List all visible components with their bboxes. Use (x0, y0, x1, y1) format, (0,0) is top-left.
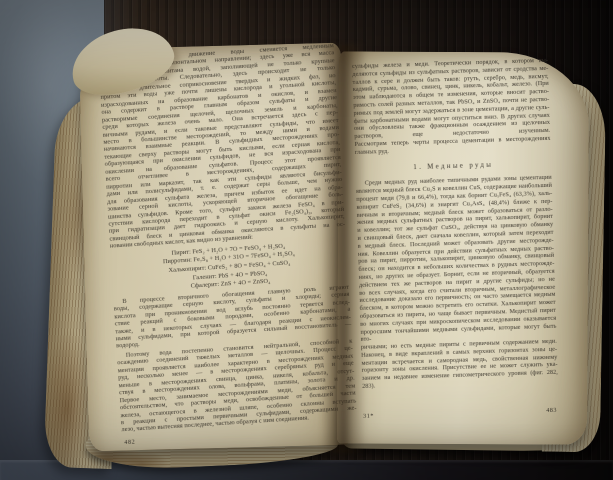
paragraph: сульфиды железа и меди. Теоретически пор… (352, 57, 551, 157)
book-gutter-shadow (320, 44, 366, 454)
right-page-text: сульфиды железа и меди. Теоретически пор… (352, 57, 559, 421)
photo-open-book: сравнительно быстрое движение воды сменя… (0, 0, 613, 480)
page-number-right: 483 (546, 407, 557, 415)
paragraph: Среди медных руд наиболее типичными руда… (356, 174, 559, 391)
section-heading: 1. Медные руды (355, 159, 551, 173)
